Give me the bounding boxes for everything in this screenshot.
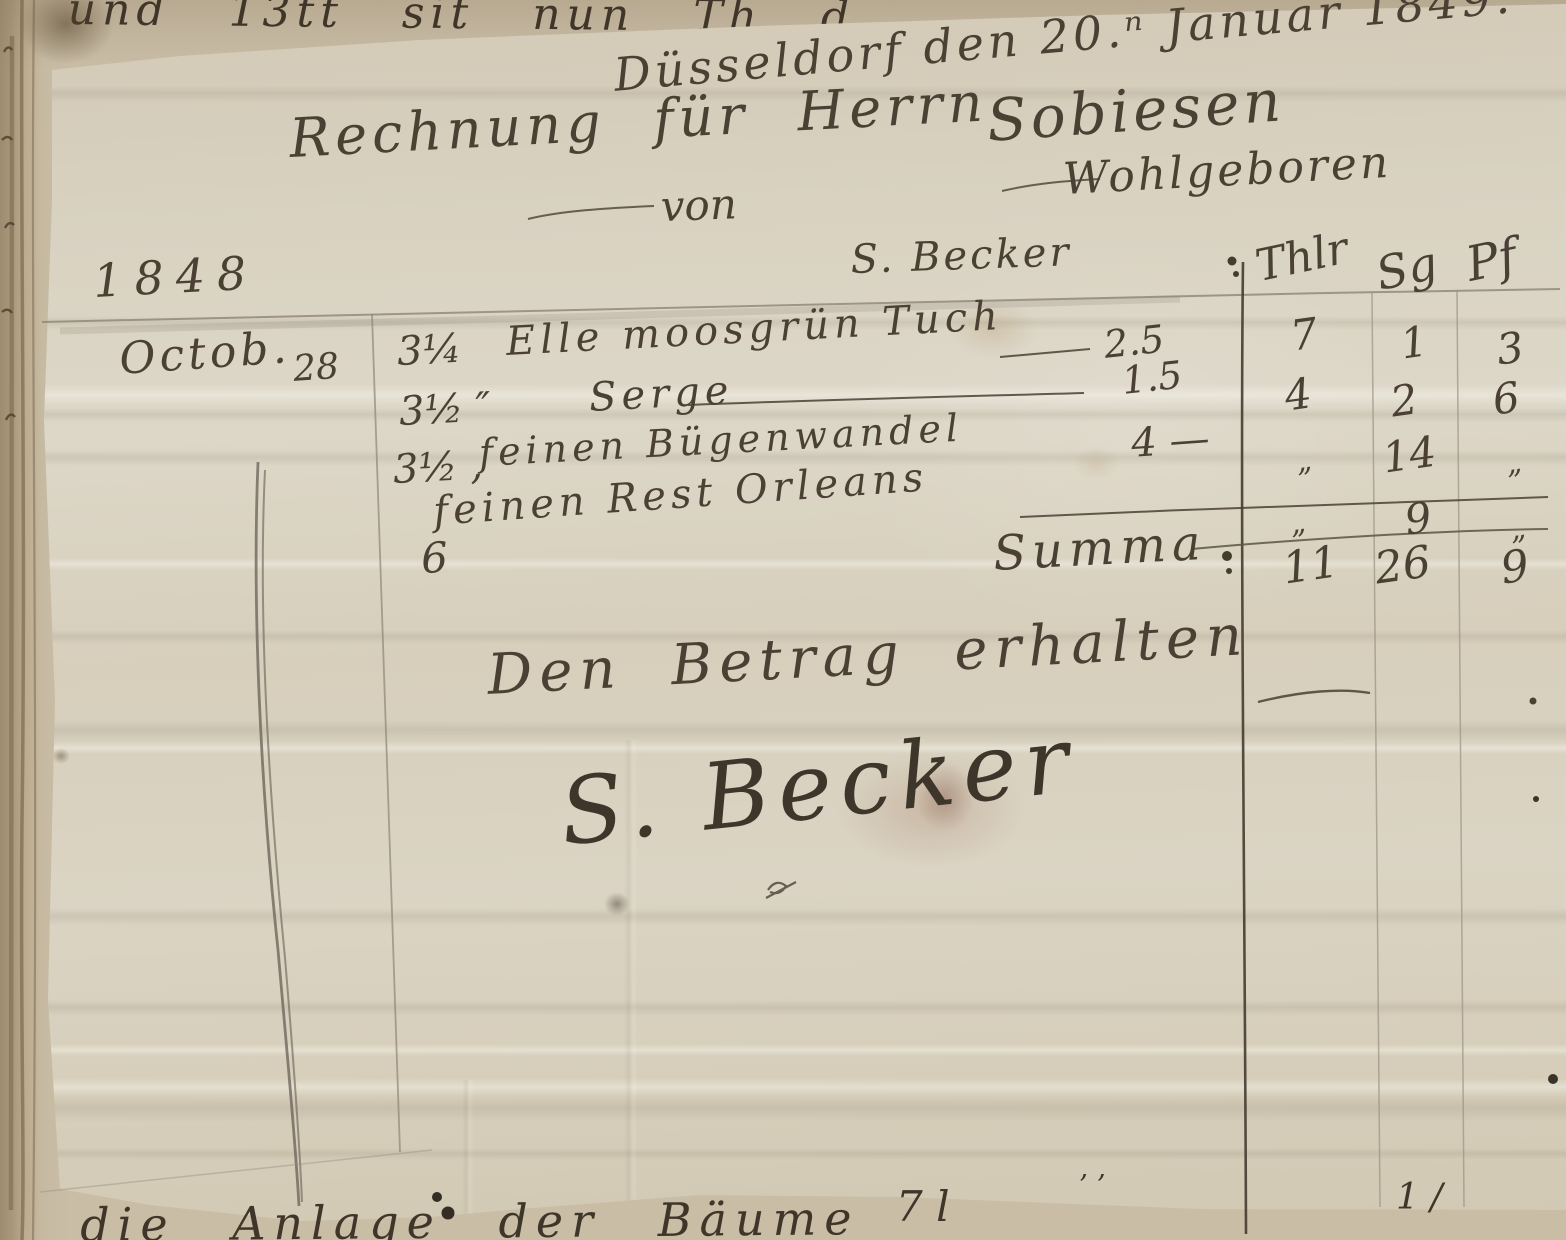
foxing-stain [948,300,1038,358]
fold-crease [36,316,1566,330]
binding-crease-line [11,36,13,1210]
binding-crease-line [22,0,24,1240]
fold-crease [36,384,1566,406]
fold-crease [36,408,1566,422]
fold-crease [36,1096,1566,1122]
fold-crease [36,908,1566,926]
fold-crease-vertical [624,740,638,1240]
fold-crease [36,86,1566,102]
fold-crease [36,450,1566,466]
foxing-stain [1072,446,1120,480]
ink-smudge-stain [836,752,1026,868]
fold-crease [36,720,1566,742]
fold-crease-vertical [462,1080,474,1240]
invoice-sheet [0,0,1566,1240]
fold-crease [36,1078,1566,1096]
fold-crease [36,1148,1566,1160]
page-edge-marks [2,47,15,420]
binding-corner-shadow [18,0,114,64]
ink-smudge-stain [916,762,974,832]
speck [52,748,70,764]
document-scan: und 13tt sit nun Th d [0,0,1566,1240]
fold-crease [36,742,1566,754]
ink-speck [604,892,630,916]
binding-crease-line [33,0,35,1240]
fold-crease [36,1000,1566,1016]
fold-crease [36,630,1566,644]
fold-crease [36,1044,1566,1056]
fold-crease [36,558,1566,570]
